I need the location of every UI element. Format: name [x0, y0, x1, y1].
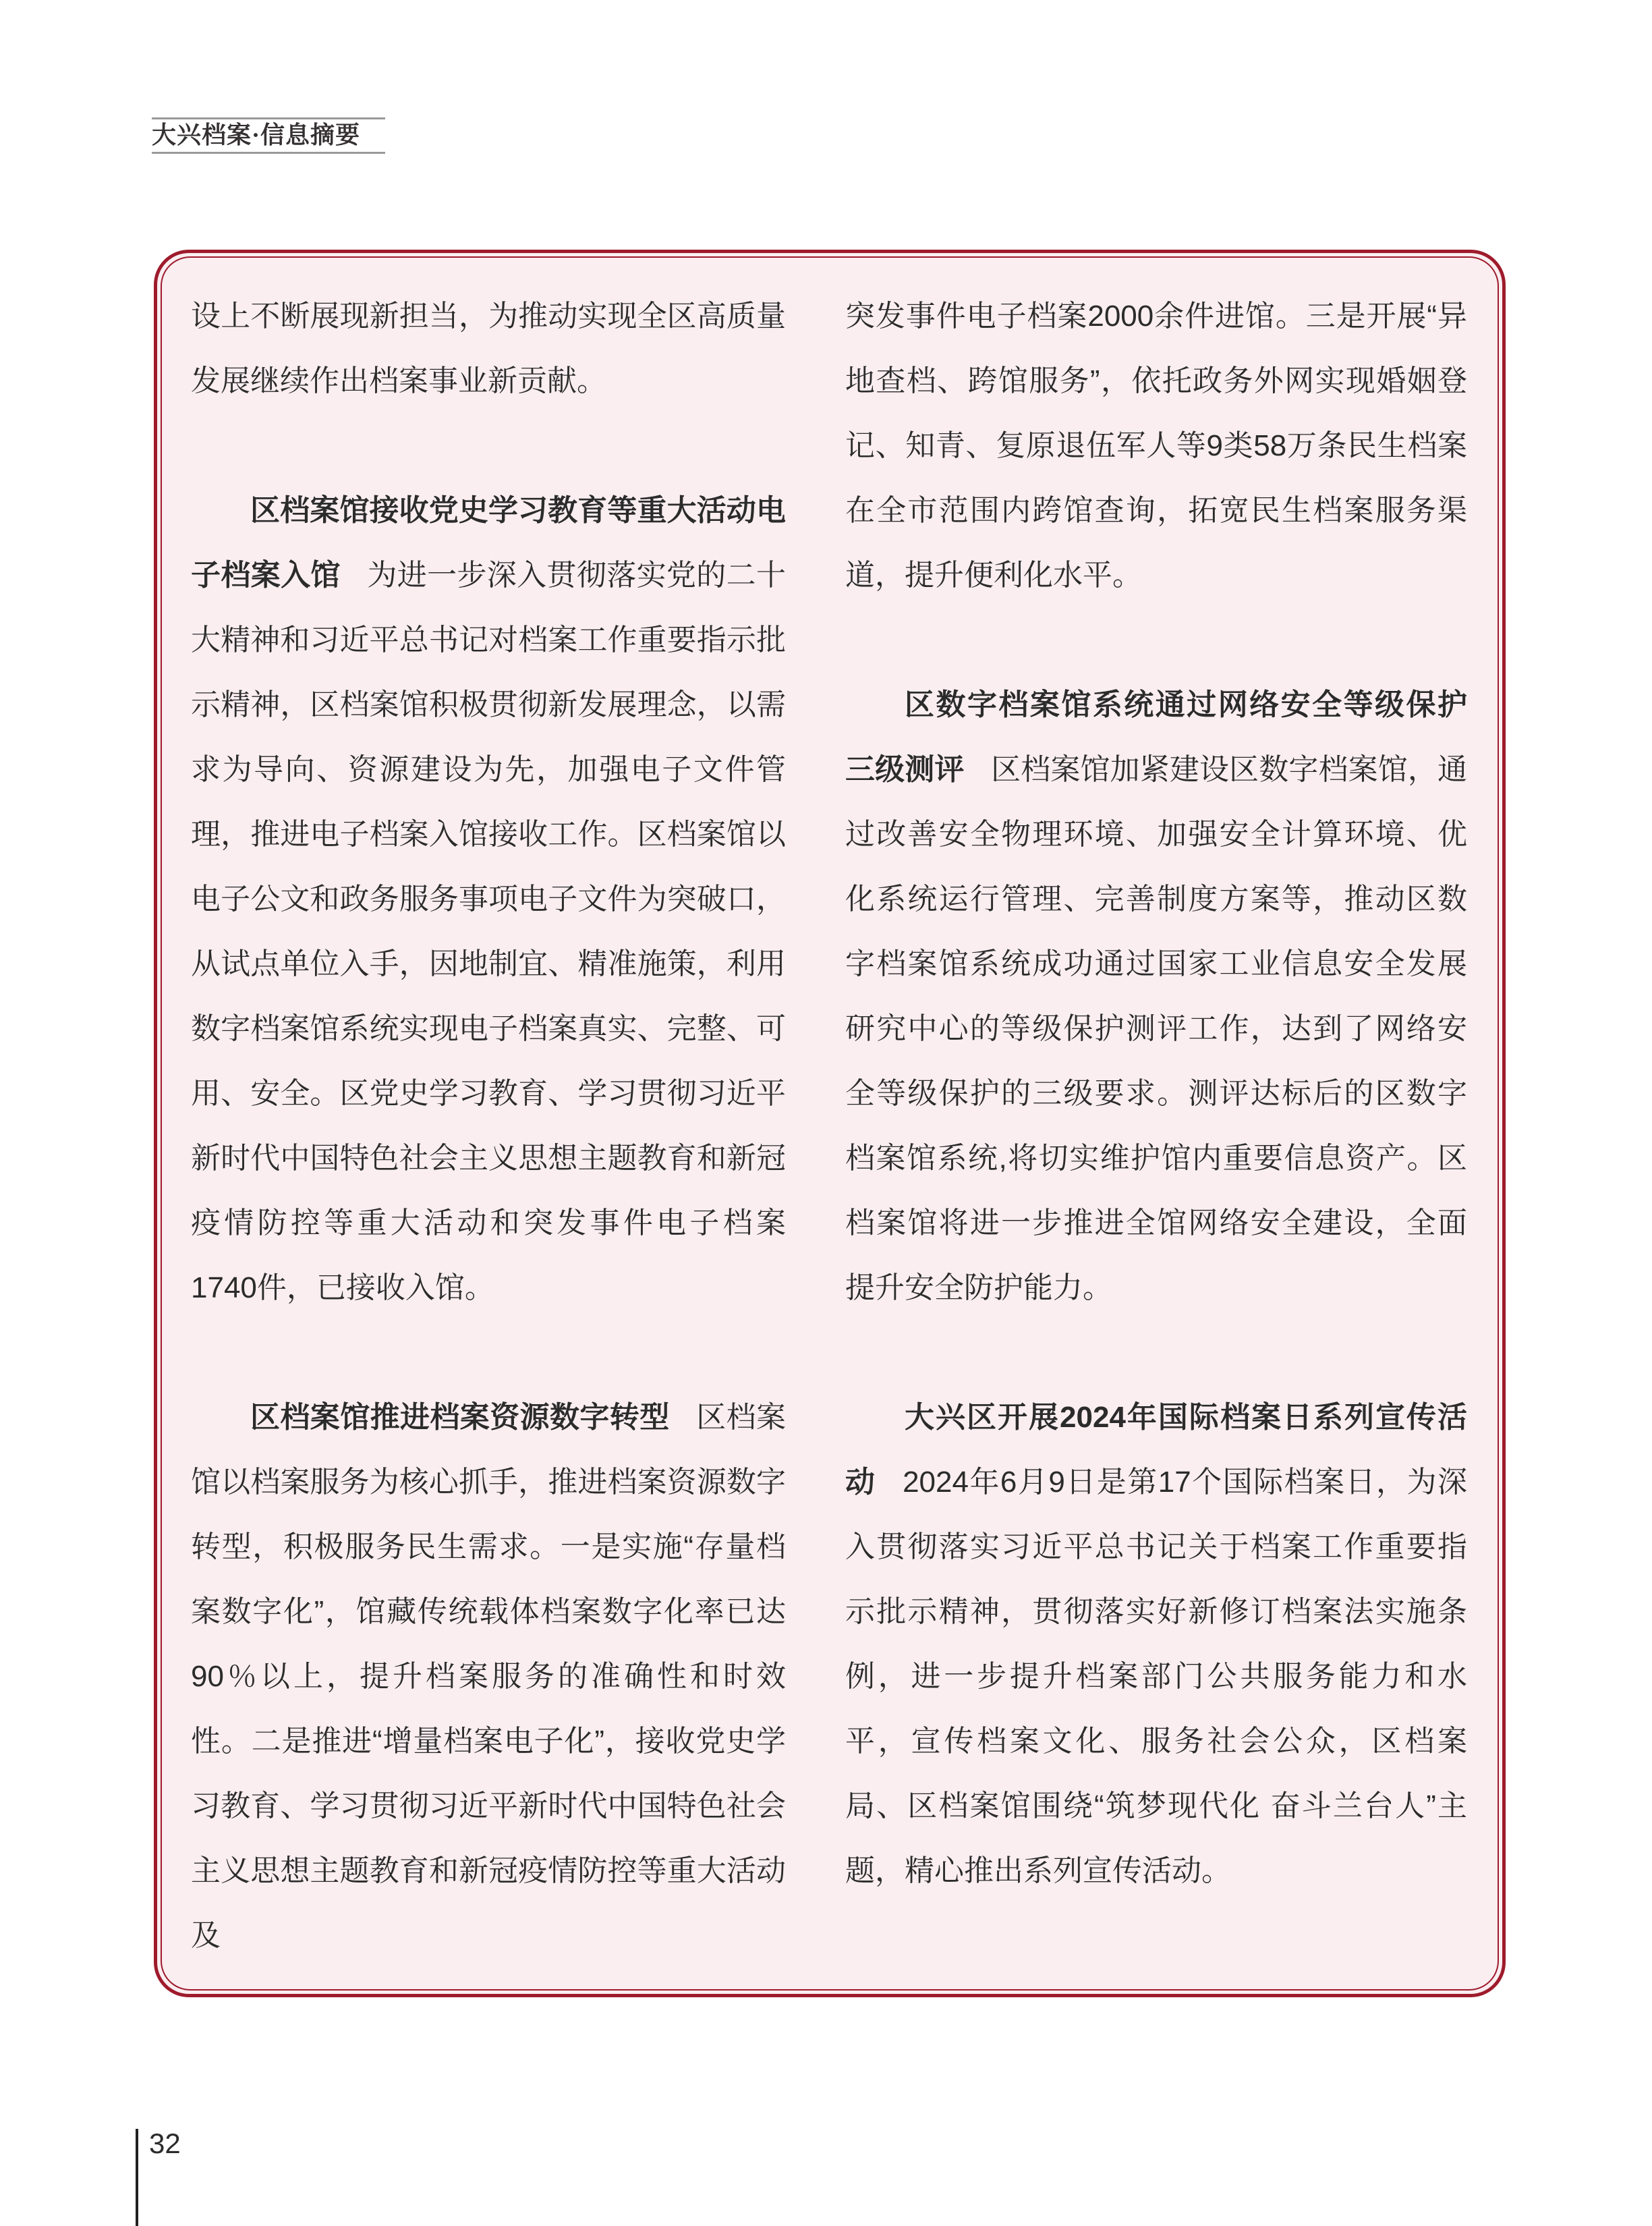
paragraph: 设上不断展现新担当，为推动实现全区高质量发展继续作出档案事业新贡献。 — [191, 284, 786, 414]
paragraph-body: 为进一步深入贯彻落实党的二十大精神和习近平总书记对档案工作重要指示批示精神，区档… — [191, 559, 786, 1304]
column-right: 突发事件电子档案2000余件进馆。三是开展“异地查档、跨馆服务”，依托政务外网实… — [845, 284, 1467, 1967]
page-footer: 32 — [136, 2129, 181, 2226]
masthead: 大兴档案·信息摘要 — [152, 117, 385, 154]
bulletin-box: 设上不断展现新担当，为推动实现全区高质量发展继续作出档案事业新贡献。 区档案馆接… — [154, 250, 1506, 1997]
paragraph-body: 2024年6月9日是第17个国际档案日，为深入贯彻落实习近平总书记关于档案工作重… — [845, 1466, 1467, 1887]
paragraph-body: 设上不断展现新担当，为推动实现全区高质量发展继续作出档案事业新贡献。 — [191, 300, 786, 397]
paragraph-body: 区档案馆以档案服务为核心抓手，推进档案资源数字转型，积极服务民生需求。一是实施“… — [191, 1401, 786, 1952]
page-number: 32 — [149, 2129, 181, 2159]
paragraph: 突发事件电子档案2000余件进馆。三是开展“异地查档、跨馆服务”，依托政务外网实… — [845, 284, 1467, 608]
masthead-title: 大兴档案·信息摘要 — [152, 123, 385, 147]
paragraph-body: 区档案馆加紧建设区数字档案馆，通过改善安全物理环境、加强安全计算环境、优化系统运… — [845, 753, 1467, 1304]
paragraph-body: 突发事件电子档案2000余件进馆。三是开展“异地查档、跨馆服务”，依托政务外网实… — [845, 300, 1467, 592]
paragraph: 区档案馆推进档案资源数字转型区档案馆以档案服务为核心抓手，推进档案资源数字转型，… — [191, 1385, 786, 1968]
paragraph-lead: 区档案馆推进档案资源数字转型 — [250, 1401, 670, 1434]
column-left: 设上不断展现新担当，为推动实现全区高质量发展继续作出档案事业新贡献。 区档案馆接… — [191, 284, 786, 1967]
paragraph: 区档案馆接收党史学习教育等重大活动电子档案入馆为进一步深入贯彻落实党的二十大精神… — [191, 478, 786, 1320]
paragraph: 区数字档案馆系统通过网络安全等级保护三级测评区档案馆加紧建设区数字档案馆，通过改… — [845, 673, 1467, 1320]
bulletin-columns: 设上不断展现新担当，为推动实现全区高质量发展继续作出档案事业新贡献。 区档案馆接… — [157, 253, 1502, 1994]
paragraph: 大兴区开展2024年国际档案日系列宣传活动2024年6月9日是第17个国际档案日… — [845, 1385, 1467, 1903]
